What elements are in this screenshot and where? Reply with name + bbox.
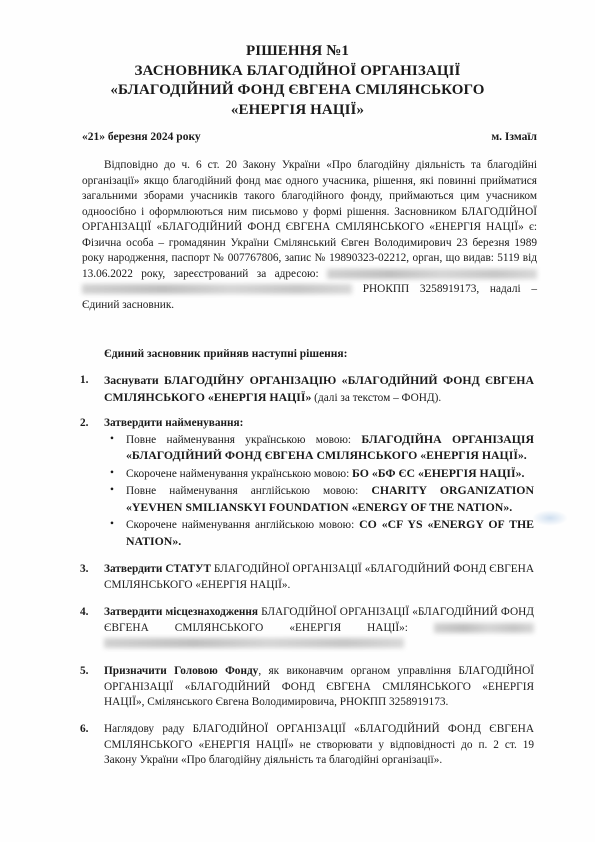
decision-item: 1. Заснувати БЛАГОДІЙНУ ОРГАНІЗАЦІЮ «БЛА… [104, 373, 534, 406]
item-bold: Затвердити найменування: [104, 416, 534, 432]
name-list-item: Повне найменування українською мовою: БЛ… [126, 432, 534, 465]
item-number: 2. [80, 416, 88, 432]
title-line: ЗАСНОВНИКА БЛАГОДІЙНОЇ ОРГАНІЗАЦІЇ [60, 62, 535, 82]
redacted-address [434, 623, 534, 633]
intro-text: Відповідно до ч. 6 ст. 20 Закону України… [82, 159, 537, 280]
redacted-address [82, 284, 352, 294]
name-list: Повне найменування українською мовою: БЛ… [104, 432, 534, 551]
decision-item: 3. Затвердити СТАТУТ БЛАГОДІЙНОЇ ОРГАНІЗ… [104, 562, 534, 593]
document-date: «21» березня 2024 року [82, 131, 201, 143]
name-list-item: Скорочене найменування українською мовою… [126, 466, 534, 483]
title-line: РІШЕННЯ №1 [60, 42, 535, 62]
title-line: «БЛАГОДІЙНИЙ ФОНД ЄВГЕНА СМІЛЯНСЬКОГО [60, 81, 535, 101]
decision-item: 6. Наглядову раду БЛАГОДІЙНОЇ ОРГАНІЗАЦІ… [104, 722, 534, 769]
item-number: 6. [80, 722, 88, 738]
name-list-item: Скорочене найменування англійською мовою… [126, 517, 534, 550]
document-page: РІШЕННЯ №1 ЗАСНОВНИКА БЛАГОДІЙНОЇ ОРГАНІ… [0, 0, 595, 842]
stamp-mark [532, 510, 568, 526]
bullet-text: Скорочене найменування українською мовою… [126, 468, 352, 480]
document-title: РІШЕННЯ №1 ЗАСНОВНИКА БЛАГОДІЙНОЇ ОРГАНІ… [60, 42, 535, 120]
item-number: 5. [80, 664, 88, 680]
redacted-address [327, 269, 537, 279]
item-number: 3. [80, 562, 88, 578]
item-text: Наглядову раду БЛАГОДІЙНОЇ ОРГАНІЗАЦІЇ «… [104, 723, 534, 766]
name-list-item: Повне найменування англійською мовою: CH… [126, 483, 534, 516]
item-bold: Призначити Головою Фонду [104, 665, 258, 677]
decision-item: 4. Затвердити місцезнаходження БЛАГОДІЙН… [104, 605, 534, 652]
title-line: «ЕНЕРГІЯ НАЦІЇ» [60, 101, 535, 121]
decision-item: 5. Призначити Головою Фонду, як виконавч… [104, 664, 534, 711]
intro-tax-id: РНОКПП 3258919173, [363, 283, 479, 295]
intro-paragraph: Відповідно до ч. 6 ст. 20 Закону України… [82, 158, 537, 313]
item-text: (далі за текстом – ФОНД). [311, 392, 441, 404]
document-city: м. Ізмаїл [491, 131, 537, 143]
item-bold: Затвердити місцезнаходження [104, 606, 258, 618]
bullet-text: Скорочене найменування англійською мовою… [126, 519, 359, 531]
item-number: 4. [80, 605, 88, 621]
bullet-text: Повне найменування англійською мовою: [126, 485, 371, 497]
decisions-heading: Єдиний засновник прийняв наступні рішенн… [104, 348, 348, 360]
decision-item: 2. Затвердити найменування: Повне наймен… [104, 416, 534, 551]
redacted-address [104, 638, 404, 648]
dateline: «21» березня 2024 року м. Ізмаїл [82, 131, 537, 143]
bullet-bold: БО «БФ ЄС «ЕНЕРГІЯ НАЦІЇ». [352, 466, 524, 480]
bullet-text: Повне найменування українською мовою: [126, 434, 361, 446]
item-bold: Затвердити СТАТУТ [104, 563, 211, 575]
item-number: 1. [80, 373, 88, 389]
